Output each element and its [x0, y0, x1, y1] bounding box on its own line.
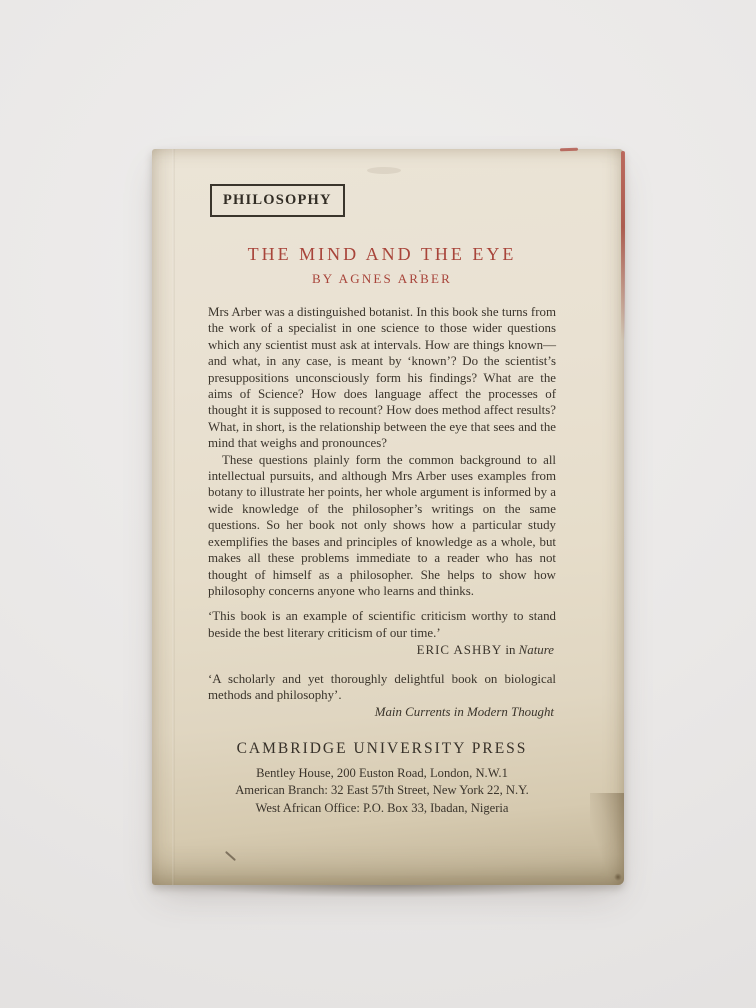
red-cover-edge-chip: [560, 148, 578, 152]
blurb-paragraph-2: These questions plainly form the common …: [208, 452, 556, 600]
review-quote: ‘A scholarly and yet thoroughly delightf…: [208, 671, 556, 704]
attribution-source: Nature: [519, 643, 554, 657]
review-attribution: Main Currents in Modern Thought: [208, 704, 554, 720]
category-label-box: PHILOSOPHY: [210, 184, 345, 217]
book-title: THE MIND AND THE EYE: [208, 244, 556, 265]
publisher-address-line: Bentley House, 200 Euston Road, London, …: [208, 765, 556, 783]
corner-wear: [590, 793, 624, 885]
category-row: PHILOSOPHY: [208, 184, 556, 217]
publisher-name: CAMBRIDGE UNIVERSITY PRESS: [208, 740, 556, 758]
paper-blemish: [225, 851, 236, 861]
attribution-connector: in: [502, 643, 518, 657]
review-quote: ‘This book is an example of scientific c…: [208, 608, 556, 641]
corner-notch: [614, 873, 622, 881]
publisher-addresses: Bentley House, 200 Euston Road, London, …: [208, 765, 556, 818]
publisher-address-line: West African Office: P.O. Box 33, Ibadan…: [208, 800, 556, 818]
paper-crease: [172, 149, 175, 885]
attribution-name: ERIC ASHBY: [417, 643, 503, 657]
book-back-cover: PHILOSOPHY THE MIND AND THE EYE BY AGNES…: [152, 149, 624, 885]
photo-background: PHILOSOPHY THE MIND AND THE EYE BY AGNES…: [0, 0, 756, 1008]
review-1: ‘This book is an example of scientific c…: [208, 608, 556, 658]
book-byline: BY AGNES ARBER: [208, 271, 556, 287]
category-label: PHILOSOPHY: [223, 192, 332, 208]
attribution-source: Main Currents in Modern Thought: [375, 705, 554, 719]
review-2: ‘A scholarly and yet thoroughly delightf…: [208, 671, 556, 721]
review-attribution: ERIC ASHBY in Nature: [208, 642, 554, 658]
cover-text-column: PHILOSOPHY THE MIND AND THE EYE BY AGNES…: [208, 149, 556, 817]
publisher-block: CAMBRIDGE UNIVERSITY PRESS Bentley House…: [208, 740, 556, 818]
blurb-paragraph-1: Mrs Arber was a distinguished botanist. …: [208, 304, 556, 452]
red-cover-edge: [621, 151, 625, 341]
publisher-address-line: American Branch: 32 East 57th Street, Ne…: [208, 782, 556, 800]
